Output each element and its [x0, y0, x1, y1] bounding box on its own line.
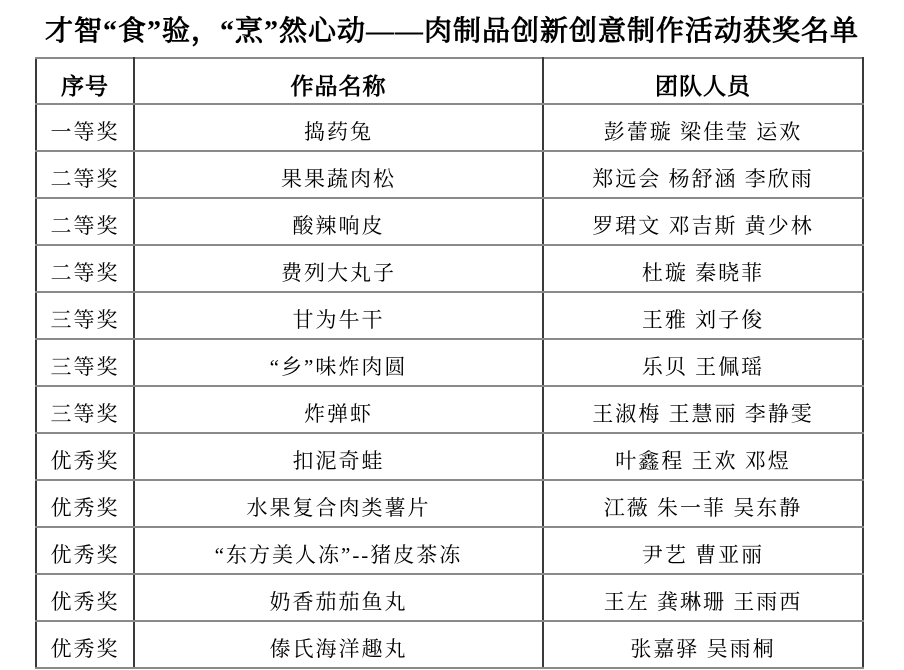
award-cell: 三等奖	[36, 292, 134, 339]
work-cell: 扣泥奇蛙	[134, 433, 543, 480]
award-cell: 二等奖	[36, 245, 134, 292]
page-title: 才智“食”验，“烹”然心动——肉制品创新创意制作活动获奖名单	[0, 9, 904, 49]
work-cell: 费列大丸子	[134, 245, 543, 292]
award-cell: 优秀奖	[36, 480, 134, 527]
table-row: 二等奖 果果蔬肉松 郑远会 杨舒涵 李欣雨	[36, 151, 863, 198]
work-cell: 炸弹虾	[134, 386, 543, 433]
table-row: 优秀奖 扣泥奇蛙 叶鑫程 王欢 邓煜	[36, 433, 863, 480]
award-cell: 优秀奖	[36, 527, 134, 574]
work-cell: “东方美人冻”--猪皮茶冻	[134, 527, 543, 574]
team-cell: 王雅 刘子俊	[543, 292, 863, 339]
table-row: 优秀奖 “东方美人冻”--猪皮茶冻 尹艺 曹亚丽	[36, 527, 863, 574]
award-cell: 一等奖	[36, 104, 134, 151]
award-cell: 优秀奖	[36, 574, 134, 621]
award-cell: 二等奖	[36, 198, 134, 245]
awards-table: 序号 作品名称 团队人员 一等奖 捣药兔 彭蕾璇 梁佳莹 运欢 二等奖 果果蔬肉…	[35, 57, 864, 669]
team-cell: 杜璇 秦晓菲	[543, 245, 863, 292]
work-cell: 果果蔬肉松	[134, 151, 543, 198]
col-header-team: 团队人员	[543, 58, 863, 104]
table-row: 三等奖 炸弹虾 王淑梅 王慧丽 李静雯	[36, 386, 863, 433]
team-cell: 叶鑫程 王欢 邓煜	[543, 433, 863, 480]
table-row: 三等奖 甘为牛干 王雅 刘子俊	[36, 292, 863, 339]
work-cell: 酸辣响皮	[134, 198, 543, 245]
team-cell: 尹艺 曹亚丽	[543, 527, 863, 574]
table-row: 三等奖 “乡”味炸肉圆 乐贝 王佩瑶	[36, 339, 863, 386]
work-cell: 甘为牛干	[134, 292, 543, 339]
team-cell: 罗珺文 邓吉斯 黄少林	[543, 198, 863, 245]
team-cell: 张嘉驿 吴雨桐	[543, 621, 863, 668]
team-cell: 王淑梅 王慧丽 李静雯	[543, 386, 863, 433]
table-row: 优秀奖 奶香茄茄鱼丸 王左 龚琳珊 王雨西	[36, 574, 863, 621]
col-header-work: 作品名称	[134, 58, 543, 104]
table-row: 一等奖 捣药兔 彭蕾璇 梁佳莹 运欢	[36, 104, 863, 151]
team-cell: 王左 龚琳珊 王雨西	[543, 574, 863, 621]
work-cell: 捣药兔	[134, 104, 543, 151]
table-row: 二等奖 费列大丸子 杜璇 秦晓菲	[36, 245, 863, 292]
award-cell: 三等奖	[36, 386, 134, 433]
table-row: 优秀奖 水果复合肉类薯片 江薇 朱一菲 吴东静	[36, 480, 863, 527]
team-cell: 乐贝 王佩瑶	[543, 339, 863, 386]
award-cell: 优秀奖	[36, 433, 134, 480]
table-row: 优秀奖 傣氏海洋趣丸 张嘉驿 吴雨桐	[36, 621, 863, 668]
award-cell: 优秀奖	[36, 621, 134, 668]
team-cell: 江薇 朱一菲 吴东静	[543, 480, 863, 527]
team-cell: 郑远会 杨舒涵 李欣雨	[543, 151, 863, 198]
col-header-award: 序号	[36, 58, 134, 104]
award-cell: 二等奖	[36, 151, 134, 198]
header-row: 序号 作品名称 团队人员	[36, 58, 863, 104]
work-cell: “乡”味炸肉圆	[134, 339, 543, 386]
work-cell: 水果复合肉类薯片	[134, 480, 543, 527]
team-cell: 彭蕾璇 梁佳莹 运欢	[543, 104, 863, 151]
work-cell: 傣氏海洋趣丸	[134, 621, 543, 668]
work-cell: 奶香茄茄鱼丸	[134, 574, 543, 621]
award-cell: 三等奖	[36, 339, 134, 386]
table-row: 二等奖 酸辣响皮 罗珺文 邓吉斯 黄少林	[36, 198, 863, 245]
